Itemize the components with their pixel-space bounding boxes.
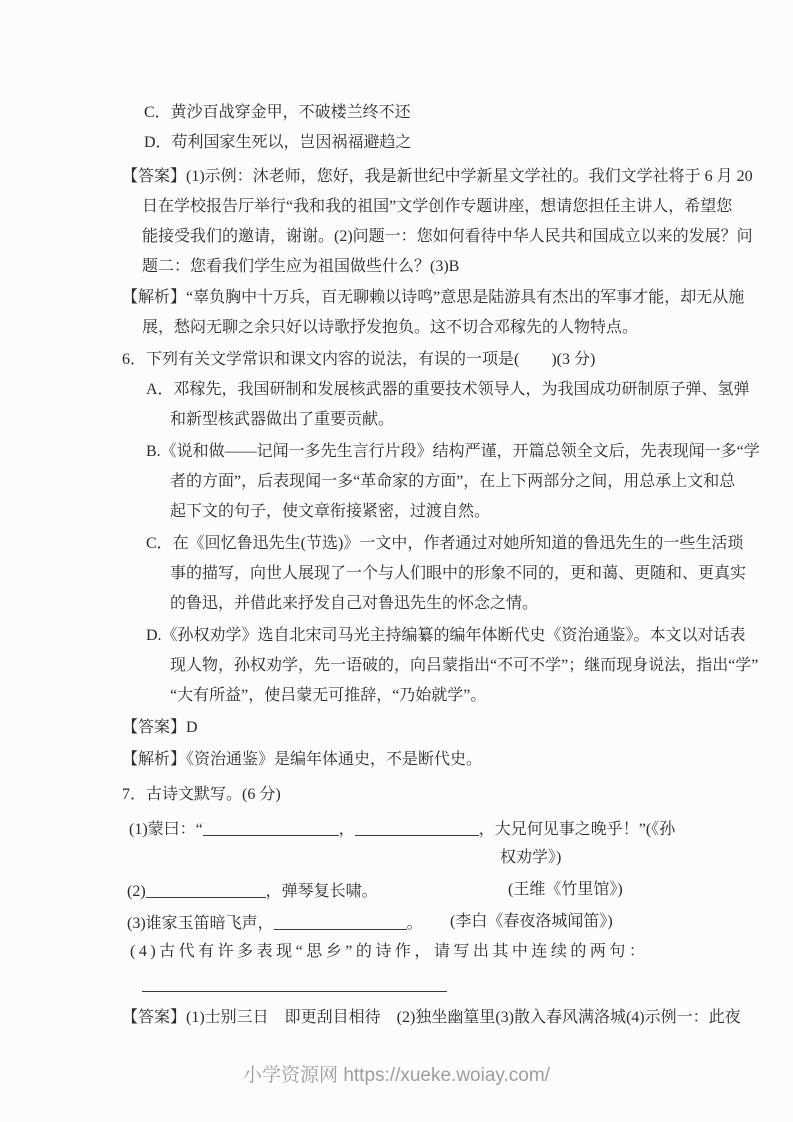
q5-analysis-line-2: 展，愁闷无聊之余只好以诗歌抒发抱负。这不切合邓稼先的人物特点。 xyxy=(142,318,638,338)
q6-option-b-line-2: 者的方面”，后表现闻一多“革命家的方面”，在上下两部分之间，用总承上文和总 xyxy=(170,472,735,492)
q5-option-d: D．苟利国家生死以，岂因祸福避趋之 xyxy=(144,133,412,153)
q7-item1-blank-1 xyxy=(203,820,339,836)
q6-option-b-line-3: 起下文的句子，使文章衔接紧密，过渡自然。 xyxy=(170,502,490,522)
q6-answer: 【答案】D xyxy=(122,718,198,738)
q5-answer-line-3: 能接受我们的邀请，谢谢。(2)问题一：您如何看待中华人民共和国成立以来的发展？问 xyxy=(142,227,753,247)
q6-option-d-line-2: 现人物，孙权劝学，先一语破的，向吕蒙指出“不可不学”；继而现身说法，指出“学” xyxy=(170,656,758,676)
q5-option-c: C．黄沙百战穿金甲，不破楼兰终不还 xyxy=(144,103,411,123)
q7-item-3: (3)谁家玉笛暗飞声，。 xyxy=(127,912,423,934)
q6-option-a-line-2: 和新型核武器做出了重要贡献。 xyxy=(170,410,394,430)
q7-item2-pre: (2) xyxy=(127,883,146,900)
q7-item2-blank xyxy=(146,882,266,898)
q7-item-2: (2)，弹琴复长啸。 xyxy=(127,880,378,902)
q7-item4-answer-line xyxy=(142,991,447,992)
q7-item3-blank xyxy=(274,914,407,930)
q6-option-c-line-1: C．在《回忆鲁迅先生(节选)》一文中，作者通过对她所知道的鲁迅先生的一些生活琐 xyxy=(146,534,743,554)
q7-item-1: (1)蒙曰：“，，大兄何见事之晚乎！”(《孙 xyxy=(129,818,675,840)
q5-analysis-line-1: 【解析】“辜负胸中十万兵，百无聊赖以诗鸣”意思是陆游具有杰出的军事才能，却无从施 xyxy=(122,288,744,308)
q6-option-c-line-3: 的鲁迅，并借此来抒发自己对鲁迅先生的怀念之情。 xyxy=(170,594,538,614)
q6-option-d-line-3: “大有所益”，使吕蒙无可推辞，“乃始就学”。 xyxy=(170,686,486,706)
q7-item3-pre: (3)谁家玉笛暗飞声， xyxy=(127,915,274,932)
q7-answer: 【答案】(1)士别三日 即更刮目相待 (2)独坐幽篁里(3)散入春风满洛城(4)… xyxy=(122,1008,741,1028)
q5-answer-line-4: 题二：您看我们学生应为祖国做些什么？(3)B xyxy=(142,257,459,277)
q7-item1-blank-2 xyxy=(355,820,479,836)
q7-item2-post: ，弹琴复长啸。 xyxy=(266,883,378,900)
q6-stem: 6．下列有关文学常识和课文内容的说法，有误的一项是( )(3 分) xyxy=(122,350,595,370)
q7-item-4: (4)古代有许多表现“思乡”的诗作，请写出其中连续的两句： xyxy=(130,942,648,962)
q6-option-b-line-1: B.《说和做——记闻一多先生言行片段》结构严谨，开篇总领全文后，先表现闻一多“学 xyxy=(146,442,760,462)
q6-analysis: 【解析】《资治通鉴》是编年体通史，不是断代史。 xyxy=(122,750,482,770)
q7-item3-post: 。 xyxy=(407,915,423,932)
q7-item1-post: ，大兄何见事之晚乎！”(《孙 xyxy=(479,821,675,838)
q7-item1-pre: (1)蒙曰：“ xyxy=(129,821,203,838)
q7-stem: 7．古诗文默写。(6 分) xyxy=(122,785,281,805)
q7-item2-source: (王维《竹里馆》) xyxy=(508,880,623,900)
q5-answer-line-1: 【答案】(1)示例：沐老师，您好，我是新世纪中学新星文学社的。我们文学社将于 6… xyxy=(122,167,753,187)
document-page: C．黄沙百战穿金甲，不破楼兰终不还 D．苟利国家生死以，岂因祸福避趋之 【答案】… xyxy=(0,0,793,1122)
q7-item3-source: (李白《春夜洛城闻笛》) xyxy=(450,912,613,932)
footer-site-text: 小学资源网 https://xueke.woiay.com/ xyxy=(0,1064,793,1088)
q6-option-a-line-1: A．邓稼先，我国研制和发展核武器的重要技术领导人，为我国成功研制原子弹、氢弹 xyxy=(146,380,750,400)
q7-item1-wrap: 权劝学》) xyxy=(500,848,561,868)
q6-option-c-line-2: 事的描写，向世人展现了一个与人们眼中的形象不同的，更和蔼、更随和、更真实 xyxy=(170,564,746,584)
q7-item1-comma: ， xyxy=(339,821,355,838)
q6-option-d-line-1: D.《孙权劝学》选自北宋司马光主持编纂的编年体断代史《资治通鉴》。本文以对话表 xyxy=(146,626,746,646)
q5-answer-line-2: 日在学校报告厅举行“我和我的祖国”文学创作专题讲座，想请您担任主讲人，希望您 xyxy=(142,197,732,217)
